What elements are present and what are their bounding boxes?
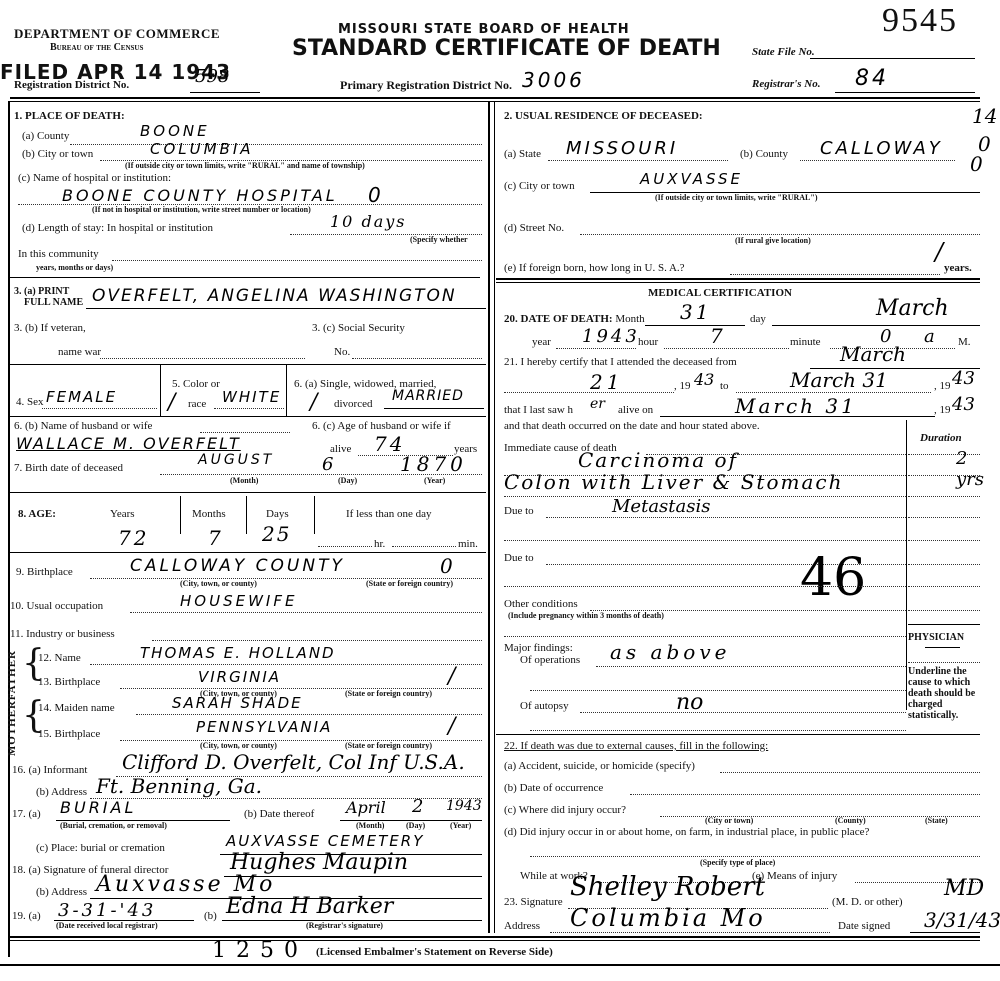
attended-19-label: , 19 xyxy=(674,380,691,392)
hospital-label: (c) Name of hospital or institution: xyxy=(18,172,171,184)
father-name-value: THOMAS E. HOLLAND xyxy=(140,644,336,662)
physician-address-value: Columbia Mo xyxy=(570,904,766,932)
attended-from-day: 21 xyxy=(590,370,623,394)
birth-month-value: AUGUST xyxy=(198,452,274,468)
burial-place-value: AUXVASSE CEMETERY xyxy=(226,832,424,850)
death-m-label: M. xyxy=(958,336,971,348)
death-day-label: day xyxy=(750,313,766,325)
death-minute-label: minute xyxy=(790,336,821,348)
autopsy-label: Of autopsy xyxy=(520,700,569,712)
birth-year-note: (Year) xyxy=(424,476,445,485)
father-state-note: (State or foreign country) xyxy=(345,689,432,698)
immediate-cause-line1: Carcinoma of xyxy=(578,448,738,472)
father-birthplace-state: / xyxy=(448,664,455,689)
birth-day-value: 6 xyxy=(322,454,333,475)
burial-date-label: (b) Date thereof xyxy=(244,808,314,820)
major-findings-label: Major findings: xyxy=(504,642,573,654)
full-name-label-2: FULL NAME xyxy=(24,297,83,308)
full-name-value: OVERFELT, ANGELINA WASHINGTON xyxy=(92,286,457,306)
physician-label: PHYSICIAN xyxy=(908,632,964,643)
burial-label: 17. (a) xyxy=(12,808,41,820)
birth-day-note: (Day) xyxy=(338,476,357,485)
certificate-number: 9545 xyxy=(882,2,958,40)
external-c-label: (c) Where did injury occur? xyxy=(504,804,626,816)
age-days-label: Days xyxy=(266,508,289,520)
death-month-label: Month xyxy=(615,313,644,325)
other-conditions-label: Other conditions xyxy=(504,598,578,610)
last-saw-year: 43 xyxy=(952,394,975,415)
residence-city-value: AUXVASSE xyxy=(640,170,743,188)
operations-label: Of operations xyxy=(520,654,580,666)
residence-city-label: (c) City or town xyxy=(504,180,575,192)
residence-state-value: MISSOURI xyxy=(566,138,678,159)
date-signed-label: Date signed xyxy=(838,920,890,932)
mother-birthplace-label: 15. Birthplace xyxy=(38,728,100,740)
informant-value: Clifford D. Overfelt, Col Inf U.S.A. xyxy=(122,750,465,774)
father-birthplace-value: VIRGINIA xyxy=(198,668,281,686)
residence-county-label: (b) County xyxy=(740,148,788,160)
embalmer-number: 1250 xyxy=(212,938,308,963)
marital-mark: / xyxy=(310,390,317,415)
occurred-statement: and that death occurred on the date and … xyxy=(504,420,760,432)
birthplace-state-value: 0 xyxy=(440,554,453,578)
color-race-label: 5. Color or xyxy=(172,378,220,390)
death-county-value: BOONE xyxy=(140,122,210,140)
hospital-note: (If not in hospital or institution, writ… xyxy=(92,205,311,214)
birthplace-city-note: (City, town, or county) xyxy=(180,579,257,588)
board-of-health-heading: MISSOURI STATE BOARD OF HEALTH xyxy=(338,22,630,37)
burial-place-label: (c) Place: burial or cremation xyxy=(36,842,165,854)
attended-to-date: March 31 xyxy=(790,368,888,392)
external-city-note: (City or town) xyxy=(705,816,753,825)
physician-address-label: Address xyxy=(504,920,540,932)
age-label: 8. AGE: xyxy=(18,508,56,520)
marital-status-value: MARRIED xyxy=(392,388,464,404)
last-saw-pronoun: er xyxy=(590,396,605,412)
mother-city-note: (City, town, or county) xyxy=(200,741,277,750)
birth-date-label: 7. Birth date of deceased xyxy=(14,462,123,474)
death-year-label: year xyxy=(532,336,551,348)
date-received-note: (Date received local registrar) xyxy=(56,921,158,930)
veteran-label: 3. (b) If veteran, xyxy=(14,322,86,334)
informant-address-label: (b) Address xyxy=(36,786,87,798)
birth-month-note: (Month) xyxy=(230,476,258,485)
statistical-code-mark: 46 xyxy=(800,548,866,608)
external-causes-heading: 22. If death was due to external causes,… xyxy=(504,740,768,752)
registration-district-value: 598 xyxy=(195,66,229,87)
color-race-mark: / xyxy=(168,390,175,415)
registrar-label: 19. (a) xyxy=(12,910,41,922)
date-received-value: 3-31-'43 xyxy=(58,900,156,921)
last-saw-date: March 31 xyxy=(735,394,857,418)
death-city-note: (If outside city or town limits, write "… xyxy=(125,161,365,170)
foreign-born-mark: / xyxy=(935,238,943,266)
age-min-label: min. xyxy=(458,538,478,550)
informant-address-value: Ft. Benning, Ga. xyxy=(96,774,262,798)
age-less-label: If less than one day xyxy=(346,508,432,520)
physician-signature: Shelley Robert xyxy=(570,872,765,902)
occupation-label: 10. Usual occupation xyxy=(10,600,103,612)
length-of-stay-label: (d) Length of stay: In hospital or insti… xyxy=(22,222,213,234)
marital-status-label-2: divorced xyxy=(334,398,372,410)
external-a-label: (a) Accident, suicide, or homicide (spec… xyxy=(504,760,695,772)
age-months-value: 7 xyxy=(208,526,221,550)
duration-heading: Duration xyxy=(920,432,962,444)
dept-commerce-heading: DEPARTMENT OF COMMERCE xyxy=(14,26,220,42)
external-type-note: (Specify type of place) xyxy=(700,858,775,867)
place-of-death-heading: 1. PLACE OF DEATH: xyxy=(14,110,125,122)
death-hour-label: hour xyxy=(638,336,658,348)
mother-side-label: MOTHER xyxy=(6,700,18,756)
community-label: In this community xyxy=(18,248,99,260)
embalmer-statement-note: (Licensed Embalmer's Statement on Revers… xyxy=(316,946,553,958)
attended-from-month: March xyxy=(840,342,906,366)
death-county-label: (a) County xyxy=(22,130,69,142)
external-state-note: (State) xyxy=(925,816,948,825)
age-hr-label: hr. xyxy=(374,538,385,550)
death-city-value: COLUMBIA xyxy=(150,140,254,158)
mother-name-value: SARAH SHADE xyxy=(172,694,303,712)
last-saw-label: that I last saw h xyxy=(504,404,573,416)
age-months-label: Months xyxy=(192,508,226,520)
age-years-value: 72 xyxy=(118,526,149,550)
occupation-value: HOUSEWIFE xyxy=(180,592,297,610)
spouse-name-label: 6. (b) Name of husband or wife xyxy=(14,420,152,432)
burial-date-month: April xyxy=(346,798,386,817)
margin-code-3: 0 xyxy=(970,152,983,176)
mother-birthplace-value: PENNSYLVANIA xyxy=(196,718,332,736)
registration-district-label: Registration District No. xyxy=(14,79,129,91)
registrar-signature-note: (Registrar's signature) xyxy=(306,921,383,930)
full-name-label-1: 3. (a) PRINT xyxy=(14,287,69,297)
immediate-cause-line2: Colon with Liver & Stomach xyxy=(504,470,843,494)
date-of-death-label: 20. DATE OF DEATH: xyxy=(504,313,613,325)
burial-date-day: 2 xyxy=(412,796,423,817)
spouse-age-label: 6. (c) Age of husband or wife if xyxy=(312,420,451,432)
last-saw-19: , 19 xyxy=(934,404,951,416)
burial-type-value: BURIAL xyxy=(60,798,136,817)
primary-registration-label: Primary Registration District No. xyxy=(340,78,512,93)
father-name-label: 12. Name xyxy=(38,652,81,664)
ssn-no-label: No. xyxy=(334,346,350,358)
death-day-value: March xyxy=(876,296,949,321)
registrar-number-value: 84 xyxy=(855,66,889,91)
birthplace-label: 9. Birthplace xyxy=(16,566,73,578)
age-years-label: Years xyxy=(110,508,135,520)
burial-month-note: (Month) xyxy=(356,821,384,830)
state-file-label: State File No. xyxy=(752,46,815,58)
residence-county-value: CALLOWAY xyxy=(820,138,943,159)
sex-label: 4. Sex xyxy=(16,396,44,408)
specify-whether-note: (Specify whether xyxy=(410,235,468,244)
md-value: MD xyxy=(944,876,984,901)
attended-to-year: 43 xyxy=(952,368,975,389)
community-note: years, months or days) xyxy=(36,263,113,272)
residence-heading: 2. USUAL RESIDENCE OF DECEASED: xyxy=(504,110,703,122)
death-month-value: 31 xyxy=(680,300,711,324)
registrar-signature: Edna H Barker xyxy=(226,894,393,919)
age-days-value: 25 xyxy=(262,522,291,546)
margin-code-1: 14 xyxy=(972,104,997,128)
residence-state-label: (a) State xyxy=(504,148,541,160)
birthplace-state-note: (State or foreign country) xyxy=(366,579,453,588)
street-note: (If rural give location) xyxy=(735,236,811,245)
bureau-census-heading: Bureau of the Census xyxy=(50,42,143,53)
death-hour-value: 7 xyxy=(710,324,723,348)
date-signed-value: 3/31/43 xyxy=(924,908,1000,932)
attended-to-19: , 19 xyxy=(934,380,951,392)
mother-birthplace-state: / xyxy=(448,714,455,739)
father-side-label: FATHER xyxy=(6,650,18,700)
death-ampm-value: a xyxy=(924,326,935,347)
registrar-signature-label: (b) xyxy=(204,910,217,922)
death-year-value: 1943 xyxy=(582,326,640,347)
due-to-label-2: Due to xyxy=(504,552,534,564)
birthplace-value: CALLOWAY COUNTY xyxy=(130,556,345,576)
attended-to-label: to xyxy=(720,380,729,392)
residence-city-note: (If outside city or town limits, write "… xyxy=(655,193,818,202)
length-of-stay-value: 10 days xyxy=(330,212,406,231)
external-county-note: (County) xyxy=(835,816,866,825)
war-label: name war xyxy=(58,346,101,358)
hospital-value: BOONE COUNTY HOSPITAL xyxy=(62,186,338,205)
informant-label: 16. (a) Informant xyxy=(12,764,87,776)
operations-value: as above xyxy=(610,640,730,664)
burial-day-note: (Day) xyxy=(406,821,425,830)
document-title: STANDARD CERTIFICATE OF DEATH xyxy=(292,36,721,61)
mother-name-label: 14. Maiden name xyxy=(38,702,115,714)
due-to-label-1: Due to xyxy=(504,505,534,517)
foreign-born-years-suffix: years. xyxy=(944,262,972,274)
funeral-address-label: (b) Address xyxy=(36,886,87,898)
death-city-label: (b) City or town xyxy=(22,148,93,160)
race-value: WHITE xyxy=(222,388,281,406)
ssn-label: 3. (c) Social Security xyxy=(312,322,405,334)
external-d-label: (d) Did injury occur in or about home, o… xyxy=(504,826,869,838)
md-label: (M. D. or other) xyxy=(832,896,903,908)
other-conditions-note: (Include pregnancy within 3 months of de… xyxy=(508,611,664,620)
mother-state-note: (State or foreign country) xyxy=(345,741,432,750)
alive-on-label: alive on xyxy=(618,404,653,416)
industry-label: 11. Industry or business xyxy=(10,628,115,640)
birth-year-value: 1870 xyxy=(400,452,467,476)
certify-label: 21. I hereby certify that I attended the… xyxy=(504,356,737,368)
burial-year-note: (Year) xyxy=(450,821,471,830)
father-birthplace-label: 13. Birthplace xyxy=(38,676,100,688)
burial-date-year: 1943 xyxy=(446,798,482,814)
signature-label: 23. Signature xyxy=(504,896,563,908)
foreign-born-label: (e) If foreign born, how long in U. S. A… xyxy=(504,262,685,274)
medical-certification-heading: MEDICAL CERTIFICATION xyxy=(648,287,792,299)
external-b-label: (b) Date of occurrence xyxy=(504,782,603,794)
race-label: race xyxy=(188,398,206,410)
street-label: (d) Street No. xyxy=(504,222,564,234)
due-to-value-1: Metastasis xyxy=(612,496,710,517)
sex-value: FEMALE xyxy=(46,388,117,406)
attended-from-year: 43 xyxy=(694,370,714,389)
spouse-name-value: WALLACE M. OVERFELT xyxy=(16,434,241,453)
registrar-number-label: Registrar's No. xyxy=(752,78,820,90)
burial-type-note: (Burial, cremation, or removal) xyxy=(60,821,167,830)
primary-registration-value: 3006 xyxy=(522,68,585,92)
underline-cause-note: Underline the cause to which death shoul… xyxy=(908,666,976,721)
immediate-cause-duration: 2 yrs xyxy=(956,448,1000,490)
